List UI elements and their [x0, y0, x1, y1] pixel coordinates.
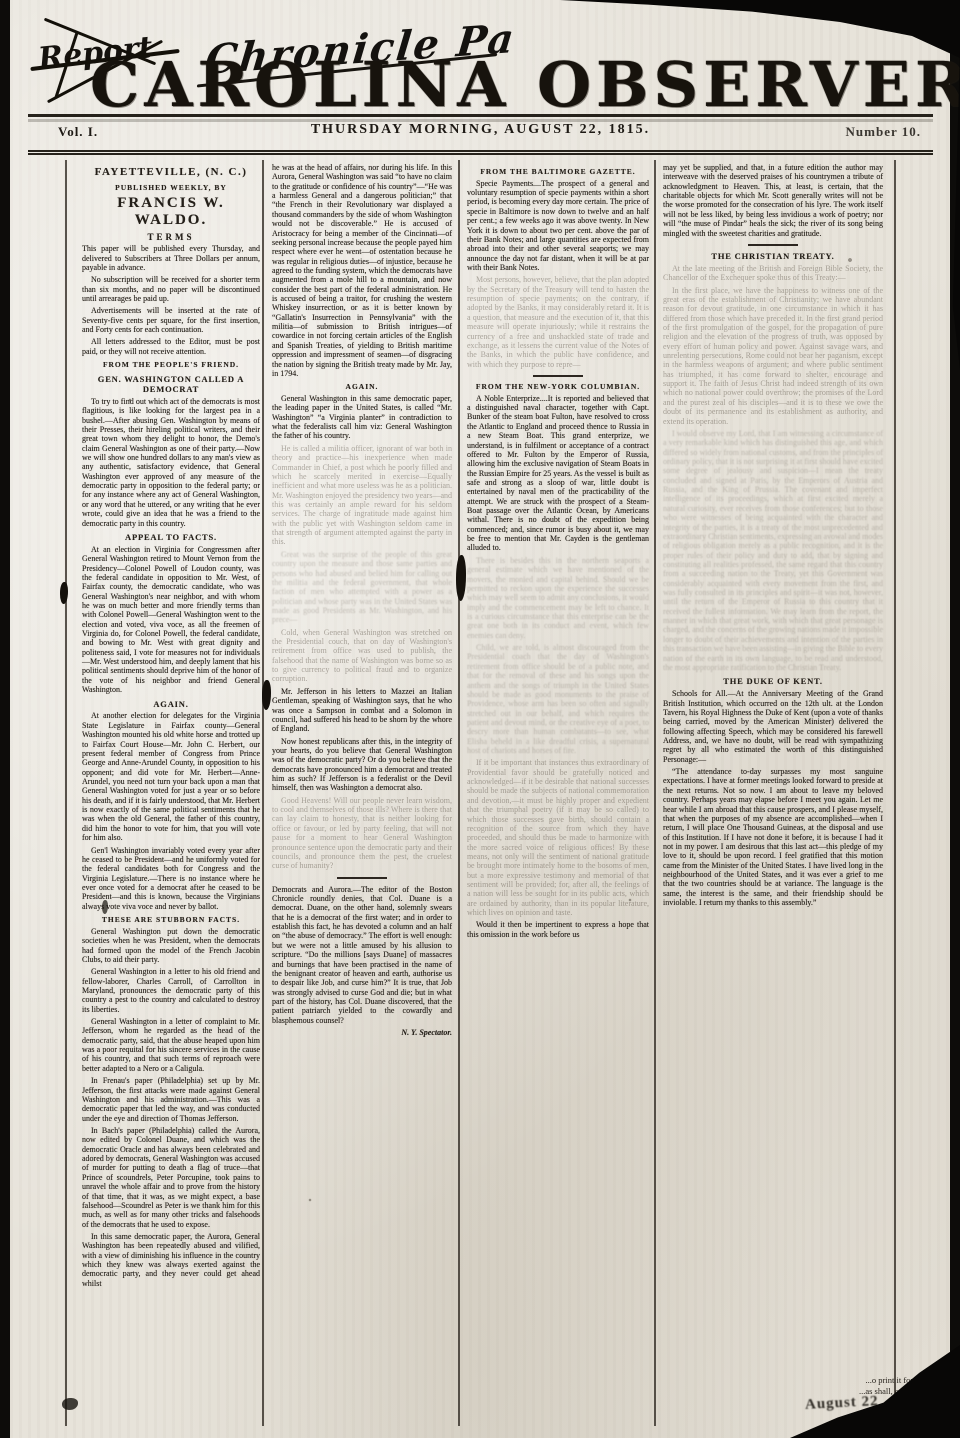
masthead-rule — [28, 114, 933, 117]
newspaper-scan: Report Chronicle Pa CAROLINA OBSERVER. V… — [0, 0, 960, 1438]
column-2: he was at the head of affairs, nor durin… — [270, 163, 454, 1425]
article-para-faded: At the late meeting of the British and F… — [663, 264, 883, 283]
article-para: At an election in Virginia for Congressm… — [82, 545, 260, 695]
section-head: THESE ARE STUBBORN FACTS. — [80, 916, 262, 925]
article-para-faded: Good Heavens! Will our people never lear… — [272, 796, 452, 871]
article-para: In this same democratic paper, the Auror… — [82, 1232, 260, 1288]
article-para: A Noble Enterprize....It is reported and… — [467, 394, 649, 553]
column-rule — [894, 160, 896, 1426]
article-para-faded: Child, we are told, is almost discourage… — [467, 643, 649, 755]
paper-sheet: Report Chronicle Pa CAROLINA OBSERVER. V… — [10, 0, 950, 1438]
article-para: he was at the head of affairs, nor durin… — [272, 163, 452, 378]
article-para: General Washington in a letter to his ol… — [82, 967, 260, 1014]
terms-header: TERMS — [80, 232, 262, 243]
article-para-faded: He is called a militia officer, ignorant… — [272, 444, 452, 547]
article-para-faded: Great was the surprise of the people of … — [272, 550, 452, 625]
column-rule — [458, 160, 460, 1426]
column-divider — [533, 375, 583, 377]
article-para-faded: In the first place, we have the happines… — [663, 286, 883, 426]
section-head: AGAIN. — [80, 700, 262, 710]
article-headline: GEN. WASHINGTON CALLED A DEMOCRAT — [80, 375, 262, 395]
issue-date: THURSDAY MORNING, AUGUST 22, 1815. — [28, 122, 933, 138]
article-para: General Washington in this same democrat… — [272, 394, 452, 441]
ink-blob — [60, 582, 68, 604]
article-para: “The attendance to-day surpasses my most… — [663, 767, 883, 907]
terms-para: No subscription will be received for a s… — [82, 275, 260, 303]
article-para: Gen'l Washington invariably voted every … — [82, 846, 260, 912]
article-para: In Frenau's paper (Philadelphia) set up … — [82, 1076, 260, 1123]
published-line: PUBLISHED WEEKLY, BY — [80, 184, 262, 193]
article-para-faded: Cold, when General Washington was stretc… — [272, 628, 452, 684]
article-signature: N. Y. Spectator. — [272, 1028, 452, 1037]
ink-blob — [62, 1398, 78, 1410]
article-para: To try to find out which act of the demo… — [82, 397, 260, 528]
article-para-faded: Most persons, however, believe, that the… — [467, 275, 649, 369]
newspaper-title: CAROLINA OBSERVER. — [90, 48, 850, 121]
article-headline: THE CHRISTIAN TREATY. — [661, 252, 885, 262]
article-para: may yet be supplied, and that, in a futu… — [663, 163, 883, 238]
section-head: AGAIN. — [270, 383, 454, 392]
article-para: Would it then be impertinent to express … — [467, 920, 649, 939]
article-para: Democrats and Aurora.—The editor of the … — [272, 885, 452, 1025]
article-para: General Washington put down the democrat… — [82, 927, 260, 964]
article-para: Now honest republicans after this, in th… — [272, 737, 452, 793]
column-1: FAYETTEVILLE, (N. C.)PUBLISHED WEEKLY, B… — [80, 163, 262, 1425]
town-header: FAYETTEVILLE, (N. C.) — [82, 166, 260, 179]
article-para: Schools for All.—At the Anniversary Meet… — [663, 689, 883, 764]
dateline-rule — [28, 150, 933, 152]
issue-number: Number 10. — [846, 124, 921, 140]
article-para-faded: I would observe my Lord, that I am witne… — [663, 429, 883, 672]
column-rule — [654, 160, 656, 1426]
section-head: APPEAL TO FACTS. — [80, 533, 262, 543]
terms-para: Advertisements will be inserted at the r… — [82, 306, 260, 334]
article-para: In Bach's paper (Philadelphia) called th… — [82, 1126, 260, 1229]
source-line: FROM THE PEOPLE'S FRIEND. — [80, 361, 262, 370]
terms-para: All letters addressed to the Editor, mus… — [82, 337, 260, 356]
source-line: FROM THE BALTIMORE GAZETTE. — [465, 168, 651, 177]
article-para-faded: If it be important that instances thus e… — [467, 758, 649, 917]
dateline: Vol. I. THURSDAY MORNING, AUGUST 22, 181… — [28, 122, 933, 146]
column-divider — [337, 877, 387, 879]
article-para: Mr. Jefferson in his letters to Mazzei a… — [272, 687, 452, 734]
article-para-faded: There is besides this in the northern se… — [467, 556, 649, 640]
column-rule — [65, 160, 67, 1426]
column-divider — [748, 244, 798, 246]
terms-para: This paper will be published every Thurs… — [82, 244, 260, 272]
article-para: Specie Payments....The prospect of a gen… — [467, 179, 649, 273]
article-para: At another election for delegates for th… — [82, 711, 260, 842]
article-para: General Washington in a letter of compla… — [82, 1017, 260, 1073]
publisher-name: FRANCIS W. WALDO. — [80, 195, 262, 230]
source-line: FROM THE NEW-YORK COLUMBIAN. — [465, 383, 651, 392]
column-4: may yet be supplied, and that, in a futu… — [661, 163, 885, 1425]
column-rule — [262, 160, 264, 1426]
column-3: FROM THE BALTIMORE GAZETTE.Specie Paymen… — [465, 163, 651, 1425]
article-headline: THE DUKE OF KENT. — [661, 677, 885, 687]
